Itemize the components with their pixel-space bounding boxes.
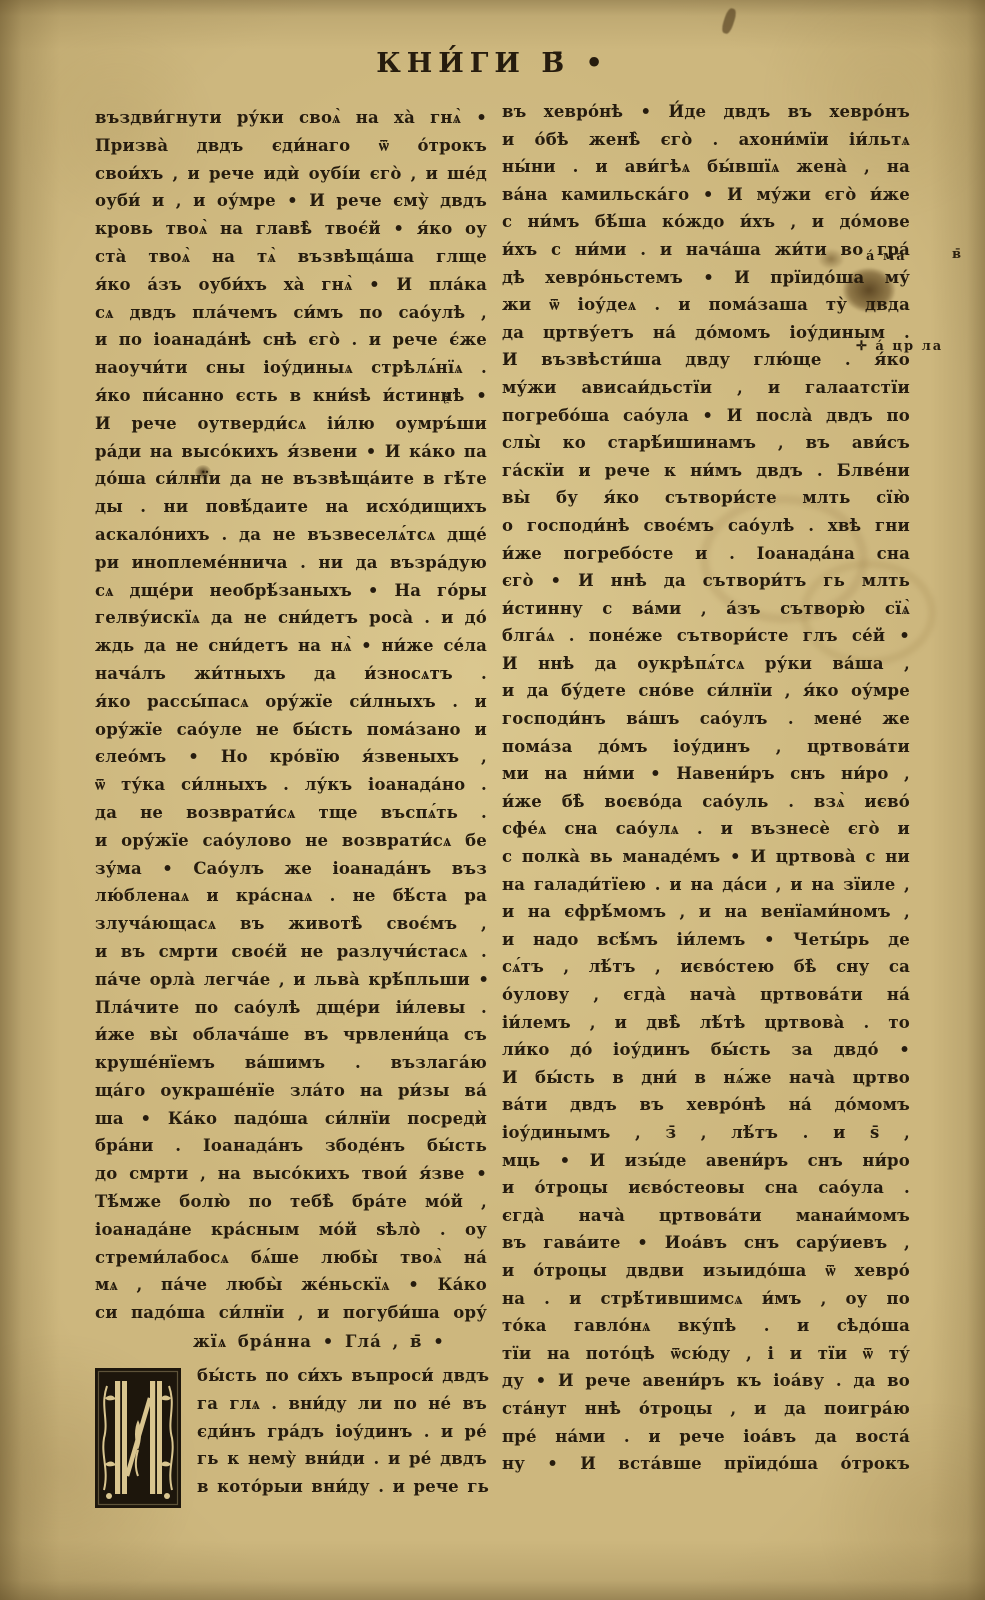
text-line: въздви́гнути ру́ки своѧ̀ на ха̀ гнѧ̀ •: [95, 104, 487, 132]
text-line: и о́троцы двдви изыидо́ша ѿ хевро́: [502, 1257, 910, 1285]
text-line: и въ смрти своє́й не разлучи́стасѧ .: [95, 938, 487, 966]
text-line: и на єфрѣ́момъ , и на венїами́номъ ,: [502, 898, 910, 926]
text-line: И ннѣ да оукрѣпѧ́тсѧ ру́ки ва́ша ,: [502, 650, 910, 678]
text-line: погребо́ша сао́ула • И посла̀ двдъ по: [502, 402, 910, 430]
text-line: о́улову , єгда̀ нача̀ цртвова́ти на́: [502, 981, 910, 1009]
margin-gloss: а́ ма: [866, 249, 907, 264]
text-line: бра́ни . Іоанада́нъ збоде́нъ бы́сть: [95, 1132, 487, 1160]
text-line: сѧ двдъ пла́чемъ си́мъ по сао́улѣ ,: [95, 299, 487, 327]
text-line: И рече оутверди́сѧ іи́лю оумръ́ши: [95, 410, 487, 438]
text-line: ну • И вста́вше прїидо́ша о́трокъ: [502, 1450, 910, 1478]
margin-gloss: в̄: [952, 247, 963, 262]
text-line: Тѣ́мже болю̀ по тебѣ̀ бра́те мо́й ,: [95, 1188, 487, 1216]
text-line: въ гава́ите • Иоа́въ снъ сару́иевъ ,: [502, 1229, 910, 1257]
right-text-column: въ хевро́нѣ • И́де двдъ въ хевро́нъи о́б…: [502, 98, 910, 1478]
text-line: ва́на камильска́го • И му́жи єго̀ и́же: [502, 181, 910, 209]
text-line: до смрти , на высо́кихъ твои́ я́зве •: [95, 1160, 487, 1188]
left-text-column: въздви́гнути ру́ки своѧ̀ на ха̀ гнѧ̀ •Пр…: [95, 104, 487, 1510]
text-line: сѧ дще́ри необрѣ́заныхъ • На го́ры: [95, 577, 487, 605]
text-line: и да бу́дете сно́ве си́лнїи , я́ко оу́мр…: [502, 677, 910, 705]
text-line: му́жи ависаи́дьстїи , и галаатстїи: [502, 374, 910, 402]
text-line: и́же вы̀ облача́ше въ чрвлени́ца съ: [95, 1021, 487, 1049]
text-line: нача́лъ жи́тныхъ да и́зносѧтъ .: [95, 660, 487, 688]
text-line: и́стинну с ва́ми , а́зъ сътворю̀ сїѧ̀: [502, 595, 910, 623]
text-line: то́ка гавло́нѧ вку́пѣ . и сѣдо́ша: [502, 1312, 910, 1340]
text-line: ра́ди на высо́кихъ я́звени • И ка́ко па: [95, 438, 487, 466]
text-line: ору́жїе сао́уле не бы́сть пома́зано и: [95, 716, 487, 744]
text-line: И възвѣсти́ша двду глю́ще . я́ко: [502, 346, 910, 374]
text-line: въ хевро́нѣ • И́де двдъ въ хевро́нъ: [502, 98, 910, 126]
text-line: с ни́мъ бѣ́ша ко́ждо и́хъ , и до́мове: [502, 208, 910, 236]
text-line: да не возврати́сѧ тще въспѧ́ть .: [95, 799, 487, 827]
text-line: гелву́искїѧ да не сни́детъ роса̀ . и до́: [95, 604, 487, 632]
text-line: іоу́динымъ , з̄ , лѣ́тъ . и ѕ̄ ,: [502, 1119, 910, 1147]
chapter-heading: жїѧ бра́нна • Гла́ , в̄ •: [95, 1327, 487, 1356]
text-line: и́хъ с ни́ми . и нача́ша жи́ти во гра́: [502, 236, 910, 264]
text-line: тїи на пото́цѣ ѿсю́ду , і и тїи ѿ ту́: [502, 1340, 910, 1368]
text-line: И бы́сть в дни́ в нѧ́же нача̀ цртво: [502, 1064, 910, 1092]
text-line: слы̀ ко старѣ́ишинамъ , въ ави́съ: [502, 429, 910, 457]
running-header: КНИ́ГИ В̄ •: [0, 48, 985, 79]
ornate-dropcap-initial-И: [95, 1368, 181, 1508]
text-line: до́ша си́лнїи да не възвѣща́ите в гѣ́те: [95, 465, 487, 493]
chapter-2-opening: бы́сть по си́хъ въпроси́ двдъга глѧ . вн…: [95, 1362, 487, 1501]
text-line: ща́го оукраше́нїе зла́то на ри́зы ва́: [95, 1077, 487, 1105]
text-line: с полка̀ вь манаде́мъ • И цртвова̀ с ни: [502, 843, 910, 871]
text-line: блга́ѧ . поне́же сътвори́сте глъ се́й •: [502, 622, 910, 650]
text-line: іоанада́не кра́сным мо́й ѕѣло̀ . оу: [95, 1216, 487, 1244]
text-line: ли́ко до́ іоу́динъ бы́сть за двдо́ •: [502, 1036, 910, 1064]
left-column-lines: въздви́гнути ру́ки своѧ̀ на ха̀ гнѧ̀ •Пр…: [95, 104, 487, 1327]
text-line: и́же бѣ̀ воєво́да сао́уль . взѧ̀ иєво́: [502, 788, 910, 816]
text-line: пома́за до́мъ іоу́динъ , цртвова́ти: [502, 733, 910, 761]
text-line: круше́нїемъ ва́шимъ . възлага́ю: [95, 1049, 487, 1077]
text-line: ста́нут ннѣ о́троцы , и да поигра́ю: [502, 1395, 910, 1423]
margin-cross-reference: ✛ а́ цр ла: [856, 339, 943, 354]
text-line: ми на ни́ми • Навени́ръ снъ ни́ро ,: [502, 760, 910, 788]
text-line: кровь твоѧ̀ на главѣ̀ твоє́й • я́ко оу: [95, 215, 487, 243]
text-line: Призва̀ двдъ єди́наго ѿ о́трокъ: [95, 132, 487, 160]
text-line: и ору́жїе сао́улово не возврати́сѧ бе: [95, 827, 487, 855]
text-line: си падо́ша си́лнїи , и погуби́ша ору́: [95, 1299, 487, 1327]
text-line: я́ко рассы́пасѧ ору́жїе си́лныхъ . и: [95, 688, 487, 716]
text-line: на галади́тїею . и на да́си , и на зїиле…: [502, 871, 910, 899]
text-line: и по іоанада́нѣ снѣ єго̀ . и рече є́же: [95, 326, 487, 354]
paper-fiber-mark: [720, 7, 738, 35]
text-line: ва́ти двдъ въ хевро́нѣ на́ до́момъ: [502, 1091, 910, 1119]
text-line: жи ѿ іоу́деѧ . и пома́заша ту̀ двда: [502, 291, 910, 319]
text-line: господи́нъ ва́шъ сао́улъ . мене́ же: [502, 705, 910, 733]
text-line: ста̀ твоѧ̀ на тѧ̀ възвѣща́ша глще: [95, 243, 487, 271]
text-line: ѿ ту́ка си́лныхъ . лу́къ іоанада́но .: [95, 771, 487, 799]
text-line: наоучи́ти сны іоу́диныѧ стрѣлѧ́нїѧ .: [95, 354, 487, 382]
text-line: зу́ма • Сао́улъ же іоанада́нъ въз: [95, 855, 487, 883]
text-line: ны́ни . и ави́гѣѧ бы́вшїѧ жена̀ , на: [502, 153, 910, 181]
text-line: сфе́ѧ сна сао́улѧ . и възнесѐ єго̀ и: [502, 815, 910, 843]
text-line: да цртву́етъ на́ до́момъ іоу́диным .: [502, 319, 910, 347]
text-line: я́ко пи́санно єсть в кни́ѕѣ и́стиннѣ •: [95, 382, 487, 410]
text-line: єгда̀ нача̀ цртвова́ти манаи́момъ: [502, 1202, 910, 1230]
text-line: о господи́нѣ своє́мъ сао́улѣ . хвѣ гни: [502, 512, 910, 540]
text-line: ждь да не сни́детъ на нѧ̀ • ни́же се́ла: [95, 632, 487, 660]
text-line: га́скїи и рече к ни́мъ двдъ . Блве́ни: [502, 457, 910, 485]
text-line: пре́ на́ми . и рече іоа́въ да воста́: [502, 1423, 910, 1451]
text-line: и надо всѣ́мъ іи́лемъ • Четы́рь де: [502, 926, 910, 954]
text-line: и о́троцы иєво́стеовы сна сао́ула .: [502, 1174, 910, 1202]
margin-mark: ѯ̄: [444, 390, 451, 405]
text-line: вы̀ бу я́ко сътвори́сте млть сїю̀: [502, 484, 910, 512]
text-line: ша • Ка́ко падо́ша си́лнїи посредѝ: [95, 1105, 487, 1133]
text-line: оуби́ и , и оу́мре • И рече єму̀ двдъ: [95, 187, 487, 215]
text-line: іи́лемъ , и двѣ̀ лѣ́тѣ цртвова̀ . то: [502, 1009, 910, 1037]
text-line: єго̀ • И ннѣ да сътвори́тъ гь млть: [502, 567, 910, 595]
text-line: я́ко а́зъ оуби́хъ ха̀ гнѧ̀ • И пла́ка: [95, 271, 487, 299]
text-line: лю́бленаѧ и кра́снаѧ . не бѣ́ста ра: [95, 882, 487, 910]
text-line: аскало́нихъ . да не възвеселѧ́тсѧ дще́: [95, 521, 487, 549]
text-line: єлео́мъ • Но кро́вїю я́звеныхъ ,: [95, 743, 487, 771]
text-line: ри иноплеме́ннича . ни да възра́дую: [95, 549, 487, 577]
text-line: ды . ни повѣ́даите на исхо́дищихъ: [95, 493, 487, 521]
text-line: дѣ хевро́ньстемъ • И прїидо́ша му́: [502, 264, 910, 292]
text-line: мѧ , па́че любы̀ же́ньскїѧ • Ка́ко: [95, 1271, 487, 1299]
text-line: злуча́ющасѧ въ животѣ̀ своє́мъ ,: [95, 910, 487, 938]
text-line: на . и стрѣ́тившимсѧ и́мъ , оу по: [502, 1285, 910, 1313]
text-line: свои́хъ , и рече идѝ оубі́и єго̀ , и ше́…: [95, 160, 487, 188]
text-line: и о́бѣ женѣ̀ єго̀ . ахони́мїи іи́льтѧ: [502, 126, 910, 154]
text-line: Пла́чите по сао́улѣ дще́ри іи́левы .: [95, 994, 487, 1022]
text-line: стреми́лабосѧ бѧ́ше любы̀ твоѧ̀ на́: [95, 1244, 487, 1272]
right-column-lines: въ хевро́нѣ • И́де двдъ въ хевро́нъи о́б…: [502, 98, 910, 1478]
text-line: сѧ́тъ , лѣ́тъ , иєво́стею бѣ̀ сну са: [502, 953, 910, 981]
text-line: и́же погребо́сте и . Іоанада́на сна: [502, 540, 910, 568]
text-line: ду • И рече авени́ръ къ іоа́ву . да во: [502, 1367, 910, 1395]
text-line: па́че орла̀ легча́е , и льва̀ крѣ́пльши …: [95, 966, 487, 994]
text-line: мць • И изы́де авени́ръ снъ ни́ро: [502, 1147, 910, 1175]
